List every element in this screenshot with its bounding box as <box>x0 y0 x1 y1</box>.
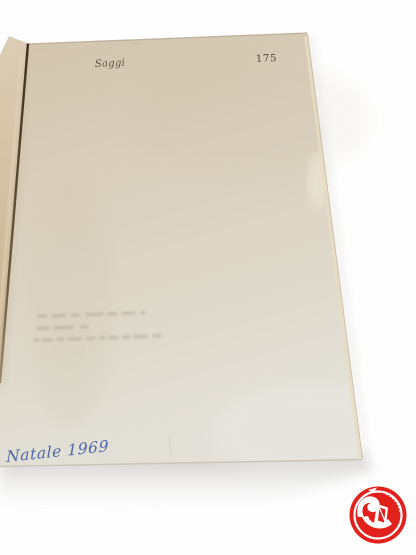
paper-tone-blob <box>130 60 370 180</box>
book-listing-photo: Saggi 175 Natale 1969 <box>0 0 416 555</box>
page-number: 175 <box>256 53 278 65</box>
book-photo-scene: Saggi 175 Natale 1969 <box>0 0 416 555</box>
running-header: Saggi <box>95 58 126 70</box>
paper-tone-blob <box>28 175 112 425</box>
marketplace-watermark-logo <box>350 487 407 544</box>
paper-sheen-blob <box>210 380 390 480</box>
show-through-line <box>37 327 88 329</box>
